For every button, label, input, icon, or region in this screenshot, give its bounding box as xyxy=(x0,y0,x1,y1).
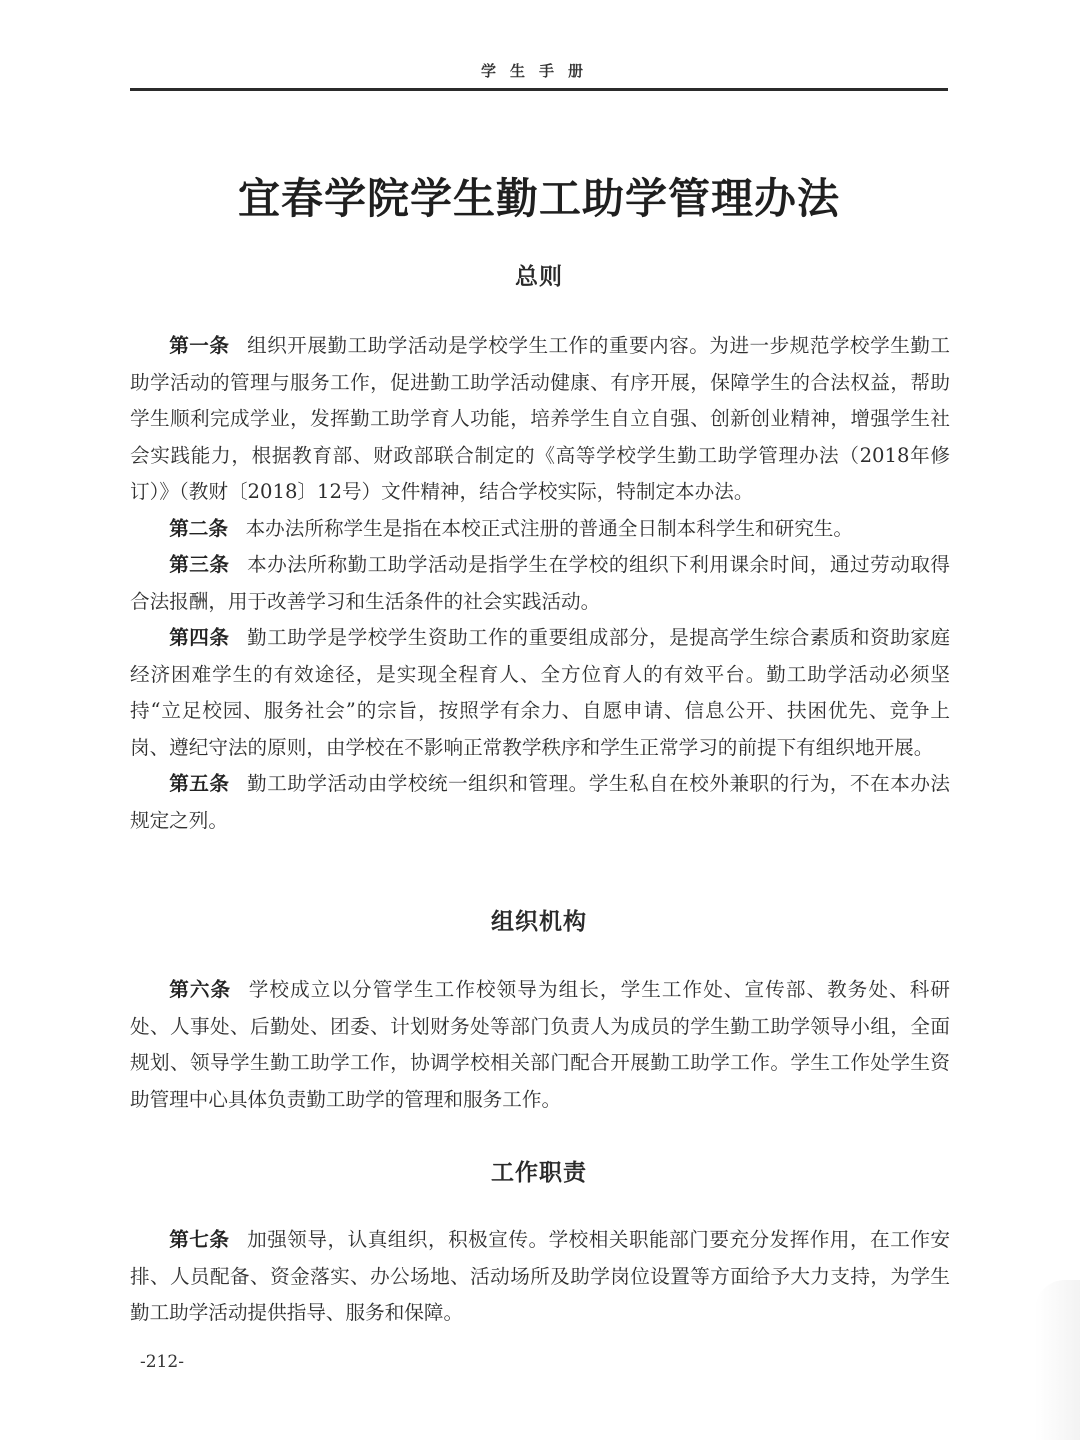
article-2: 第二条本办法所称学生是指在本校正式注册的普通全日制本科学生和研究生。 xyxy=(130,511,950,548)
running-header: 学生手册 xyxy=(130,60,948,81)
article-6: 第六条学校成立以分管学生工作校领导为组长，学生工作处、宣传部、教务处、科研处、人… xyxy=(130,972,950,1118)
section-heading-responsibilities: 工作职责 xyxy=(130,1154,948,1187)
header-rule xyxy=(130,88,948,91)
article-label: 第三条 xyxy=(169,553,229,576)
document-title: 宜春学院学生勤工助学管理办法 xyxy=(130,166,948,226)
article-label: 第六条 xyxy=(169,978,231,1001)
section-heading-general: 总则 xyxy=(130,258,948,291)
page-number: -212- xyxy=(140,1352,184,1372)
section-organization-body: 第六条学校成立以分管学生工作校领导为组长，学生工作处、宣传部、教务处、科研处、人… xyxy=(130,972,950,1118)
document-page: 学生手册 宜春学院学生勤工助学管理办法 总则 第一条组织开展勤工助学活动是学校学… xyxy=(0,0,1080,1440)
article-text: 勤工助学活动由学校统一组织和管理。学生私自在校外兼职的行为，不在本办法规定之列。 xyxy=(130,772,950,832)
article-label: 第四条 xyxy=(169,626,229,649)
article-text: 组织开展勤工助学活动是学校学生工作的重要内容。为进一步规范学校学生勤工助学活动的… xyxy=(130,334,950,503)
article-label: 第七条 xyxy=(169,1228,229,1251)
article-text: 本办法所称勤工助学活动是指学生在学校的组织下利用课余时间，通过劳动取得合法报酬，… xyxy=(130,553,950,613)
article-text: 本办法所称学生是指在本校正式注册的普通全日制本科学生和研究生。 xyxy=(246,517,853,540)
article-label: 第二条 xyxy=(169,517,228,540)
article-label: 第五条 xyxy=(169,772,229,795)
page-curl-shadow xyxy=(1035,1280,1080,1440)
article-5: 第五条勤工助学活动由学校统一组织和管理。学生私自在校外兼职的行为，不在本办法规定… xyxy=(130,766,950,839)
article-3: 第三条本办法所称勤工助学活动是指学生在学校的组织下利用课余时间，通过劳动取得合法… xyxy=(130,547,950,620)
article-4: 第四条勤工助学是学校学生资助工作的重要组成部分，是提高学生综合素质和资助家庭经济… xyxy=(130,620,950,766)
article-7: 第七条加强领导，认真组织，积极宣传。学校相关职能部门要充分发挥作用，在工作安排、… xyxy=(130,1222,950,1332)
article-text: 加强领导，认真组织，积极宣传。学校相关职能部门要充分发挥作用，在工作安排、人员配… xyxy=(130,1228,950,1324)
section-heading-organization: 组织机构 xyxy=(130,903,948,936)
article-1: 第一条组织开展勤工助学活动是学校学生工作的重要内容。为进一步规范学校学生勤工助学… xyxy=(130,328,950,511)
section-general-body: 第一条组织开展勤工助学活动是学校学生工作的重要内容。为进一步规范学校学生勤工助学… xyxy=(130,328,950,839)
article-label: 第一条 xyxy=(169,334,229,357)
section-responsibilities-body: 第七条加强领导，认真组织，积极宣传。学校相关职能部门要充分发挥作用，在工作安排、… xyxy=(130,1222,950,1332)
article-text: 学校成立以分管学生工作校领导为组长，学生工作处、宣传部、教务处、科研处、人事处、… xyxy=(130,978,950,1111)
article-text: 勤工助学是学校学生资助工作的重要组成部分，是提高学生综合素质和资助家庭经济困难学… xyxy=(130,626,950,759)
